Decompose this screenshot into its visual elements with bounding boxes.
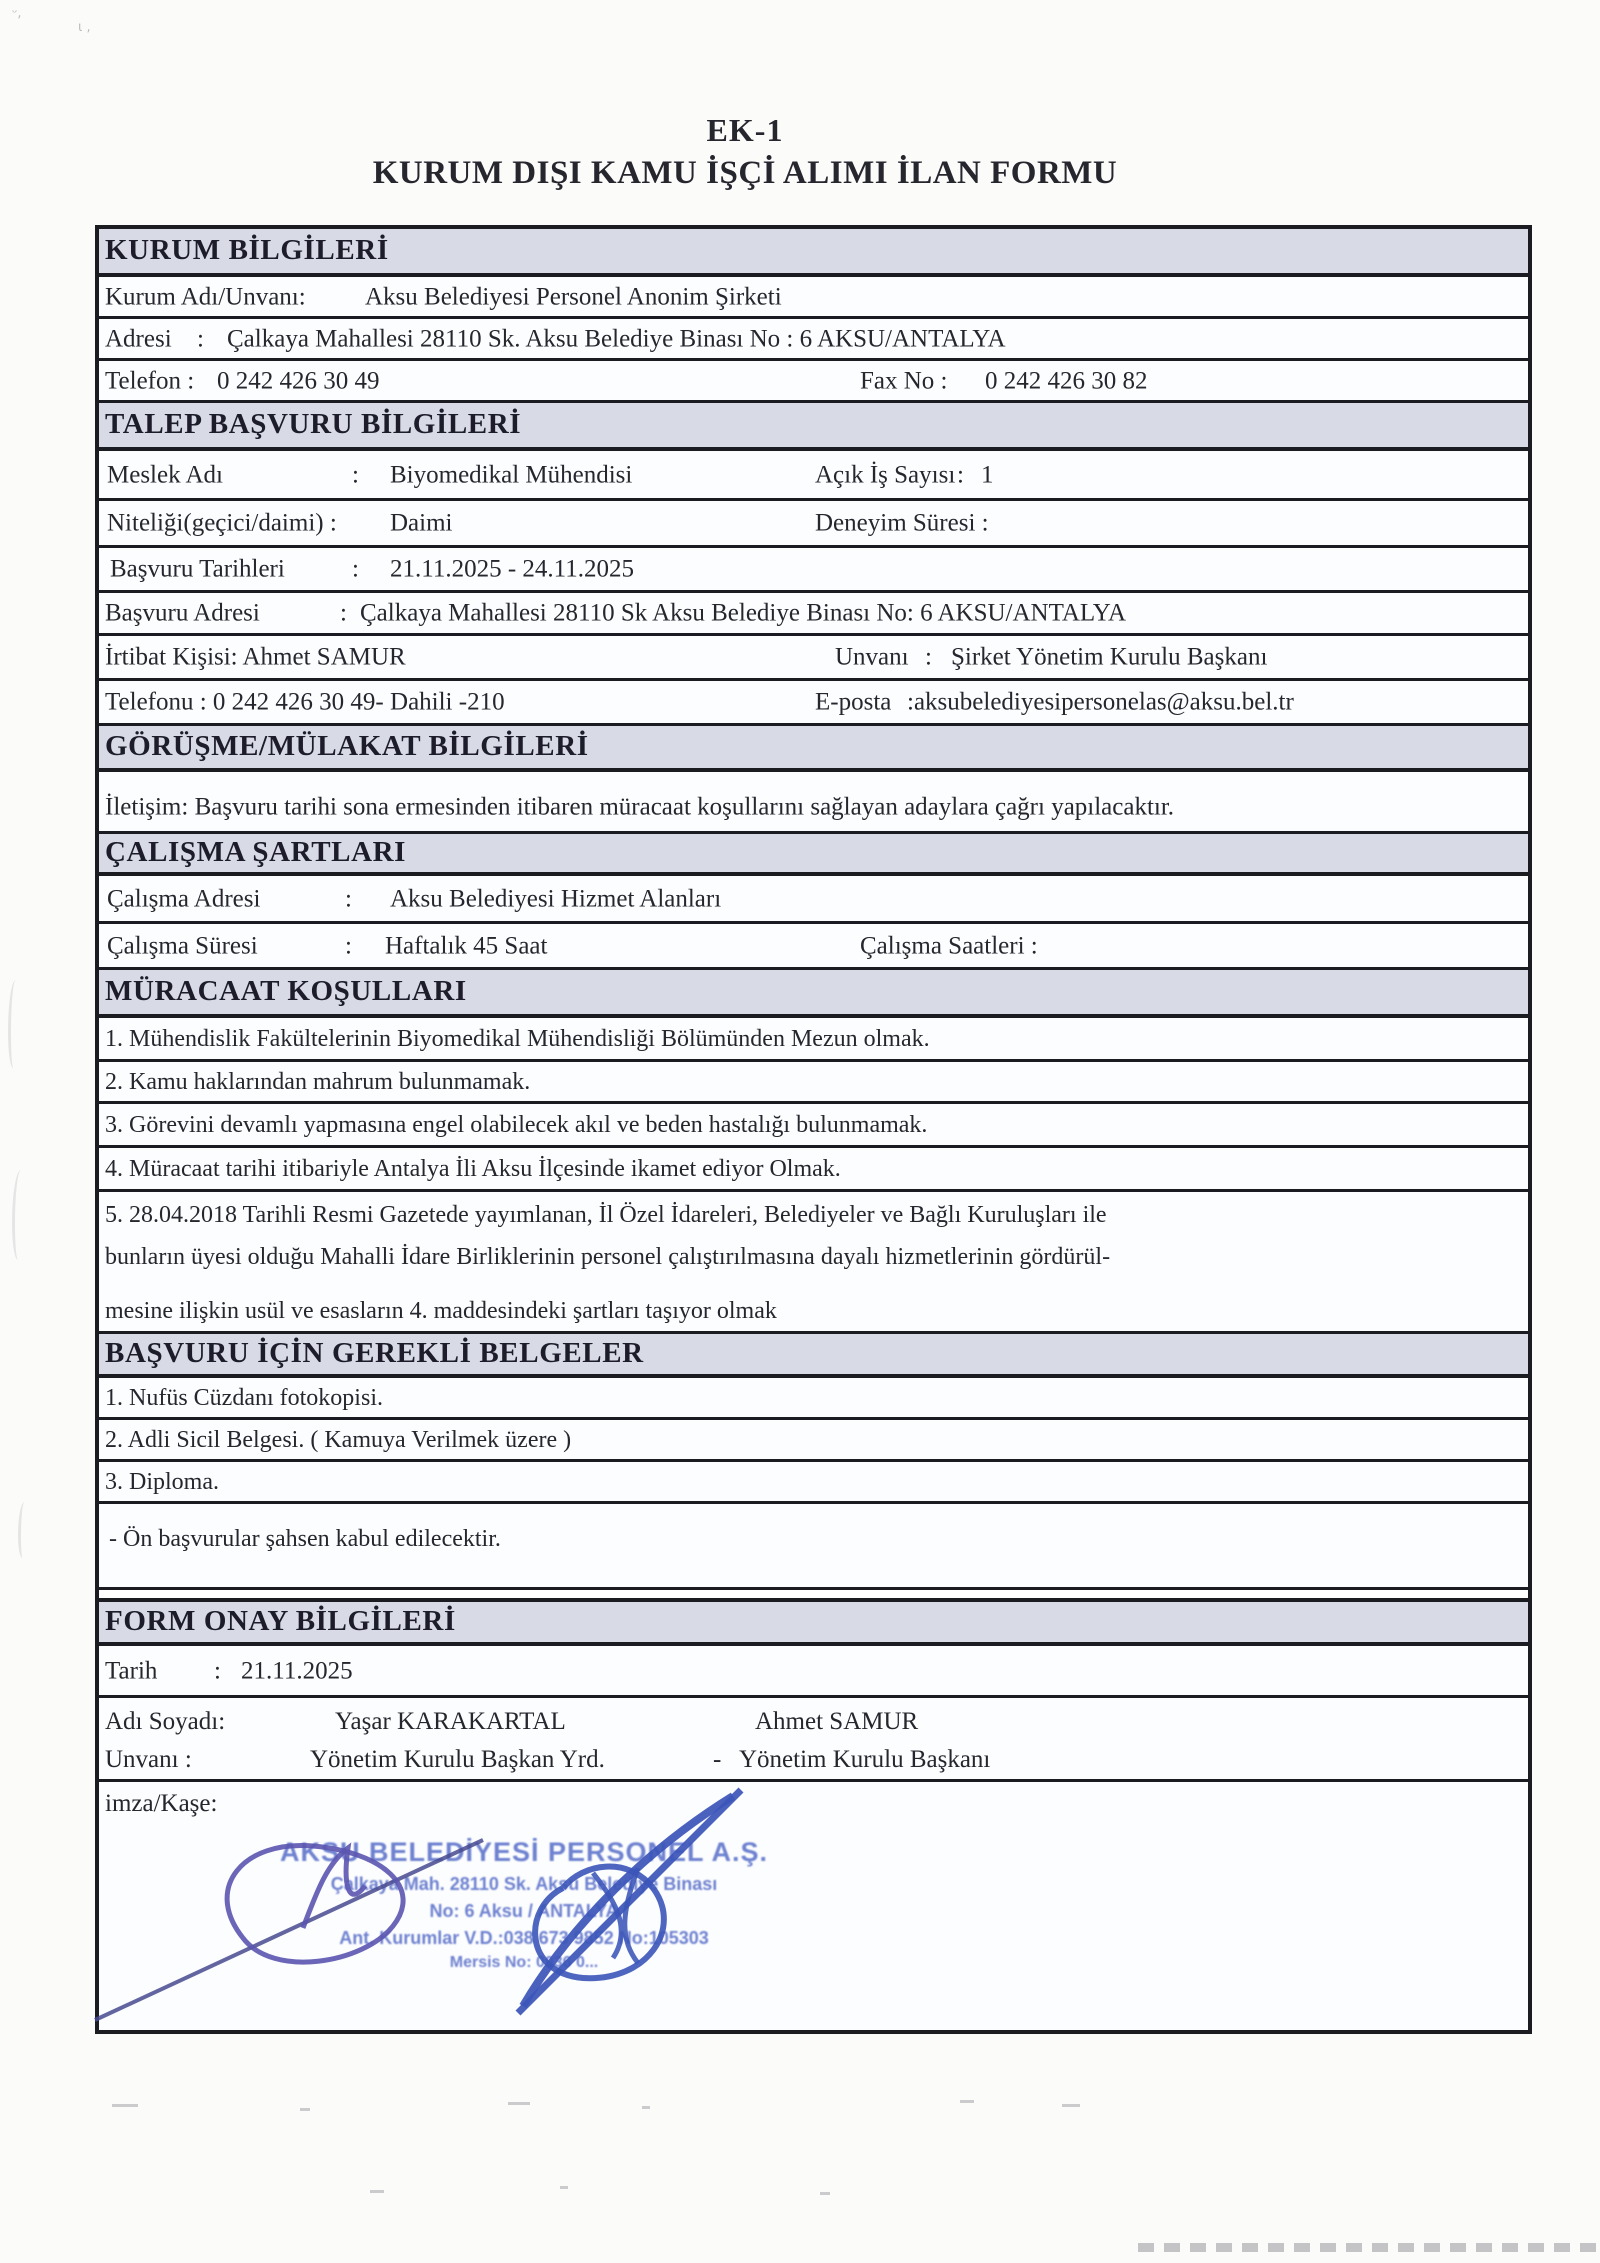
- scan-smudge: [18, 1502, 29, 1558]
- calisma-adres-colon: :: [345, 885, 352, 913]
- onay-tarih-label: Tarih: [105, 1657, 157, 1685]
- scan-dash: [642, 2106, 650, 2109]
- scanned-form-page: { "colors":{"border":"#1b1b22","band":"#…: [0, 0, 1600, 2263]
- belge-item: 3. Diploma.: [105, 1468, 219, 1494]
- iletisim-text: İletişim: Başvuru tarihi sona ermesinden…: [105, 794, 1174, 822]
- section-title: ÇALIŞMA ŞARTLARI: [105, 837, 406, 869]
- nitelik-label: Niteliği(geçici/daimi) :: [107, 509, 337, 537]
- unvan-value: Şirket Yönetim Kurulu Başkanı: [951, 643, 1267, 671]
- document-title-block: EK-1 KURUM DIŞI KAMU İŞÇİ ALIMI İLAN FOR…: [0, 112, 1490, 192]
- row-nitelik: Niteliği(geçici/daimi) : Daimi Deneyim S…: [99, 501, 1528, 548]
- section-header-calisma: ÇALIŞMA ŞARTLARI: [99, 834, 1528, 876]
- scan-dash: [820, 2192, 830, 2195]
- row-adres: Adresi : Çalkaya Mahallesi 28110 Sk. Aks…: [99, 319, 1528, 361]
- acik-is-colon: :: [957, 461, 964, 489]
- row-imza-kase: imza/Kaşe: AKSU BELEDİYESİ PERSONEL A.Ş.…: [99, 1782, 1528, 2030]
- section-header-gorusme: GÖRÜŞME/MÜLAKAT BİLGİLERİ: [99, 726, 1528, 772]
- adres-value: Çalkaya Mahallesi 28110 Sk. Aksu Belediy…: [227, 325, 1006, 353]
- kurum-adi-value: Aksu Belediyesi Personel Anonim Şirketi: [365, 283, 782, 311]
- kurum-adi-label: Kurum Adı/Unvanı:: [105, 283, 306, 311]
- row-meslek: Meslek Adı : Biyomedikal Mühendisi Açık …: [99, 451, 1528, 501]
- telefon-label: Telefon :: [105, 367, 194, 395]
- row-kurum-adi: Kurum Adı/Unvanı: Aksu Belediyesi Person…: [99, 277, 1528, 319]
- unvan-colon: :: [925, 643, 932, 671]
- tarihleri-colon: :: [352, 555, 359, 583]
- nitelik-value: Daimi: [390, 509, 453, 537]
- fax-value: 0 242 426 30 82: [985, 367, 1148, 395]
- row-calisma-suresi: Çalışma Süresi : Haftalık 45 Saat Çalışm…: [99, 924, 1528, 970]
- basvuru-adres-value: Çalkaya Mahallesi 28110 Sk Aksu Belediye…: [360, 599, 1126, 627]
- acik-is-label: Açık İş Sayısı: [815, 461, 955, 489]
- scan-artifact-bar: [1138, 2243, 1596, 2252]
- calisma-sure-label: Çalışma Süresi: [107, 932, 258, 960]
- scan-dash: [560, 2186, 568, 2189]
- deneyim-label: Deneyim Süresi :: [815, 509, 989, 537]
- section-title: TALEP BAŞVURU BİLGİLERİ: [105, 409, 521, 441]
- scan-dash: [300, 2108, 310, 2111]
- scan-dash: [370, 2190, 384, 2193]
- scan-smudge: [8, 980, 21, 1068]
- belge-item: 2. Adli Sicil Belgesi. ( Kamuya Verilmek…: [105, 1426, 571, 1452]
- scan-dash: [112, 2104, 138, 2107]
- section-title: GÖRÜŞME/MÜLAKAT BİLGİLERİ: [105, 731, 589, 763]
- irtibat-label: İrtibat Kişisi: Ahmet SAMUR: [105, 643, 406, 671]
- onay-tarih-colon: :: [214, 1657, 221, 1685]
- basvuru-adres-label: Başvuru Adresi: [105, 599, 260, 627]
- calisma-saat-label: Çalışma Saatleri :: [860, 932, 1038, 960]
- onay-adi-label: Adı Soyadı:: [105, 1708, 225, 1736]
- form-table: KURUM BİLGİLERİ Kurum Adı/Unvanı: Aksu B…: [95, 225, 1532, 2034]
- row-muracaat-5: 5. 28.04.2018 Tarihli Resmi Gazetede yay…: [99, 1192, 1528, 1334]
- row-muracaat-3: 3. Görevini devamlı yapmasına engel olab…: [99, 1104, 1528, 1148]
- row-telefonu-eposta: Telefonu : 0 242 426 30 49- Dahili -210 …: [99, 681, 1528, 726]
- section-header-kurum: KURUM BİLGİLERİ: [99, 229, 1528, 277]
- section-title: BAŞVURU İÇİN GEREKLİ BELGELER: [105, 1338, 644, 1370]
- fax-label: Fax No :: [860, 367, 948, 395]
- eposta-label: E-posta: [815, 688, 891, 716]
- telefon-value: 0 242 426 30 49: [217, 367, 380, 395]
- row-on-basvuru-note: - Ön başvurular şahsen kabul edilecektir…: [99, 1504, 1528, 1590]
- section-title: KURUM BİLGİLERİ: [105, 235, 389, 267]
- meslek-label: Meslek Adı: [107, 461, 223, 489]
- adres-colon: :: [197, 325, 204, 353]
- onay-adi-value2: Ahmet SAMUR: [755, 1708, 918, 1736]
- signature-left-loops: [303, 1848, 365, 1928]
- calisma-sure-value: Haftalık 45 Saat: [385, 932, 547, 960]
- section-header-talep: TALEP BAŞVURU BİLGİLERİ: [99, 403, 1528, 451]
- section-header-muracaat: MÜRACAAT KOŞULLARI: [99, 970, 1528, 1018]
- meslek-colon: :: [352, 461, 359, 489]
- section-header-belgeler: BAŞVURU İÇİN GEREKLİ BELGELER: [99, 1334, 1528, 1378]
- tarihleri-label: Başvuru Tarihleri: [110, 555, 285, 583]
- form-code: EK-1: [0, 112, 1490, 149]
- scan-dash: [508, 2102, 530, 2105]
- section-title: FORM ONAY BİLGİLERİ: [105, 1606, 456, 1638]
- tarihleri-value: 21.11.2025 - 24.11.2025: [390, 555, 634, 583]
- on-basvuru-note: - Ön başvurular şahsen kabul edilecektir…: [109, 1526, 501, 1552]
- adres-label: Adresi: [105, 325, 172, 353]
- row-muracaat-1: 1. Mühendislik Fakültelerinin Biyomedika…: [99, 1018, 1528, 1062]
- muracaat-item: 3. Görevini devamlı yapmasına engel olab…: [105, 1111, 927, 1137]
- section-header-onay: FORM ONAY BİLGİLERİ: [99, 1602, 1528, 1646]
- row-irtibat: İrtibat Kişisi: Ahmet SAMUR Unvanı : Şir…: [99, 636, 1528, 681]
- meslek-value: Biyomedikal Mühendisi: [390, 461, 632, 489]
- basvuru-adres-colon: :: [340, 599, 347, 627]
- calisma-sure-colon: :: [345, 932, 352, 960]
- muracaat-item5-line1: 5. 28.04.2018 Tarihli Resmi Gazetede yay…: [105, 1202, 1107, 1228]
- onay-tarih-value: 21.11.2025: [241, 1657, 353, 1685]
- spacer-row: [99, 1590, 1528, 1602]
- unvan-label: Unvanı: [835, 643, 909, 671]
- eposta-value: :aksubelediyesipersonelas@aksu.bel.tr: [907, 688, 1294, 716]
- page-title: KURUM DIŞI KAMU İŞÇİ ALIMI İLAN FORMU: [0, 155, 1490, 192]
- calisma-adres-label: Çalışma Adresi: [107, 885, 260, 913]
- muracaat-item5-line3: mesine ilişkin usül ve esasların 4. madd…: [105, 1298, 777, 1324]
- signature-left-underline: [95, 1840, 483, 2020]
- scan-dash: [1062, 2104, 1080, 2107]
- row-basvuru-adresi: Başvuru Adresi : Çalkaya Mahallesi 28110…: [99, 593, 1528, 636]
- row-belge-2: 2. Adli Sicil Belgesi. ( Kamuya Verilmek…: [99, 1420, 1528, 1462]
- row-muracaat-2: 2. Kamu haklarından mahrum bulunmamak.: [99, 1062, 1528, 1104]
- muracaat-item: 1. Mühendislik Fakültelerinin Biyomedika…: [105, 1025, 930, 1051]
- scan-mark-topleft-2: ι ,: [78, 20, 91, 35]
- row-calisma-adresi: Çalışma Adresi : Aksu Belediyesi Hizmet …: [99, 876, 1528, 924]
- row-onay-tarih: Tarih : 21.11.2025: [99, 1646, 1528, 1698]
- row-muracaat-4: 4. Müracaat tarihi itibariyle Antalya İl…: [99, 1148, 1528, 1192]
- row-iletisim: İletişim: Başvuru tarihi sona ermesinden…: [99, 772, 1528, 834]
- acik-is-value: 1: [981, 461, 994, 489]
- section-title: MÜRACAAT KOŞULLARI: [105, 976, 467, 1008]
- row-belge-1: 1. Nufüs Cüzdanı fotokopisi.: [99, 1378, 1528, 1420]
- muracaat-item: 2. Kamu haklarından mahrum bulunmamak.: [105, 1068, 530, 1094]
- telefonu-label: Telefonu : 0 242 426 30 49- Dahili -210: [105, 688, 505, 716]
- scan-mark-topleft: ᵕ,: [12, 6, 22, 21]
- belge-item: 1. Nufüs Cüzdanı fotokopisi.: [105, 1384, 383, 1410]
- scan-smudge: [12, 1170, 27, 1260]
- signatures-graphic: [93, 1768, 853, 2030]
- scan-dash: [960, 2100, 974, 2103]
- row-telefon-fax: Telefon : 0 242 426 30 49 Fax No : 0 242…: [99, 361, 1528, 403]
- muracaat-item5-line2: bunların üyesi olduğu Mahalli İdare Birl…: [105, 1244, 1110, 1270]
- muracaat-item: 4. Müracaat tarihi itibariyle Antalya İl…: [105, 1155, 841, 1181]
- onay-adi-value1: Yaşar KARAKARTAL: [335, 1708, 566, 1736]
- row-basvuru-tarihleri: Başvuru Tarihleri : 21.11.2025 - 24.11.2…: [99, 548, 1528, 593]
- calisma-adres-value: Aksu Belediyesi Hizmet Alanları: [390, 885, 721, 913]
- row-belge-3: 3. Diploma.: [99, 1462, 1528, 1504]
